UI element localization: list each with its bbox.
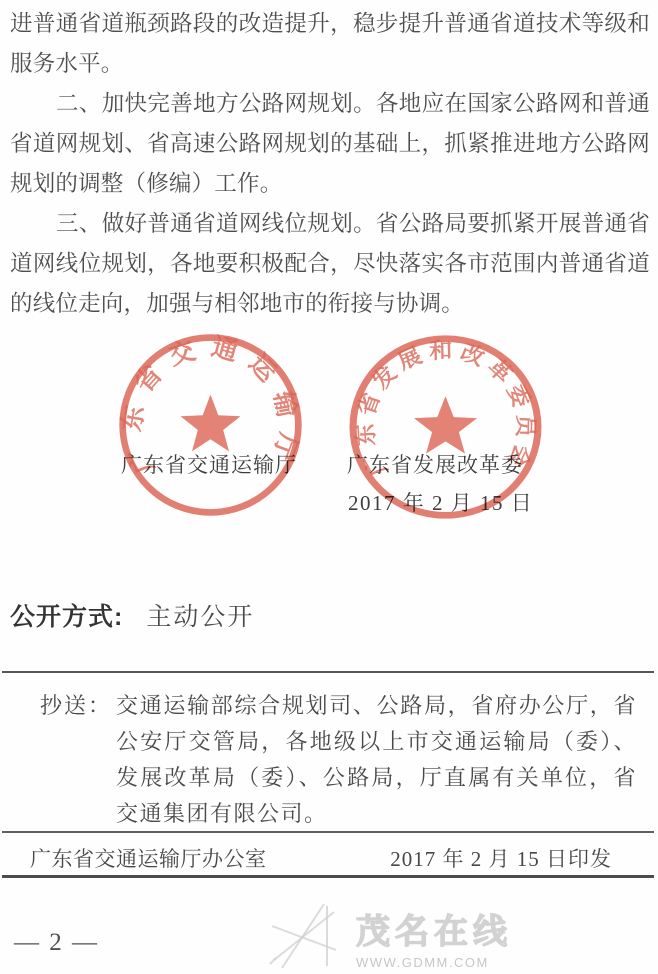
cc-text: 交通运输部综合规划司、公路局，省府办公厅，省公安厅交管局，各地级以上市交通运输局… <box>116 688 637 832</box>
divider-line-middle <box>2 831 654 833</box>
footer-issuing-office: 广东省交通运输厅办公室 <box>30 843 267 873</box>
official-seal-right-icon: 广东省发展和改革委员会 <box>345 331 546 523</box>
paragraph-item-2: 二、加快完善地方公路网规划。各地应在国家公路网和普通省道网规划、省高速公路网规划… <box>10 84 650 204</box>
paragraph-continuation: 进普通省道瓶颈路段的改造提升，稳步提升普通省道技术等级和服务水平。 <box>10 4 650 84</box>
watermark-logo-icon <box>266 896 350 972</box>
cc-block: 抄送： 交通运输部综合规划司、公路局，省府办公厅，省公安厅交管局，各地级以上市交… <box>40 688 637 832</box>
document-page: 进普通省道瓶颈路段的改造提升，稳步提升普通省道技术等级和服务水平。 二、加快完善… <box>0 0 658 974</box>
paragraph-item-3: 三、做好普通省道网线位规划。省公路局要抓紧开展普通省道网线位规划，各地要积极配合… <box>10 204 650 324</box>
watermark-site-name: 茂名在线 <box>356 904 512 953</box>
watermark-text: 茂名在线 WWW.GDMM.COM <box>356 896 512 970</box>
cc-label: 抄送： <box>40 688 116 832</box>
page-number: — 2 — <box>14 929 99 957</box>
official-seal-left-icon: 广东省交通运输厅 <box>115 330 306 520</box>
divider-line-bottom <box>2 875 654 878</box>
publicity-label: 公开方式: <box>10 603 123 631</box>
watermark: 茂名在线 WWW.GDMM.COM <box>266 896 512 972</box>
seal-star-icon <box>181 395 241 452</box>
divider-line-top <box>2 671 654 673</box>
footer-print-date: 2017 年 2 月 15 日印发 <box>390 843 612 873</box>
publicity-value: 主动公开 <box>146 604 254 631</box>
seal-star-icon <box>414 396 477 453</box>
document-body: 进普通省道瓶颈路段的改造提升，稳步提升普通省道技术等级和服务水平。 二、加快完善… <box>10 4 650 324</box>
publicity-row: 公开方式: 主动公开 <box>10 597 254 633</box>
watermark-url: WWW.GDMM.COM <box>356 955 512 970</box>
